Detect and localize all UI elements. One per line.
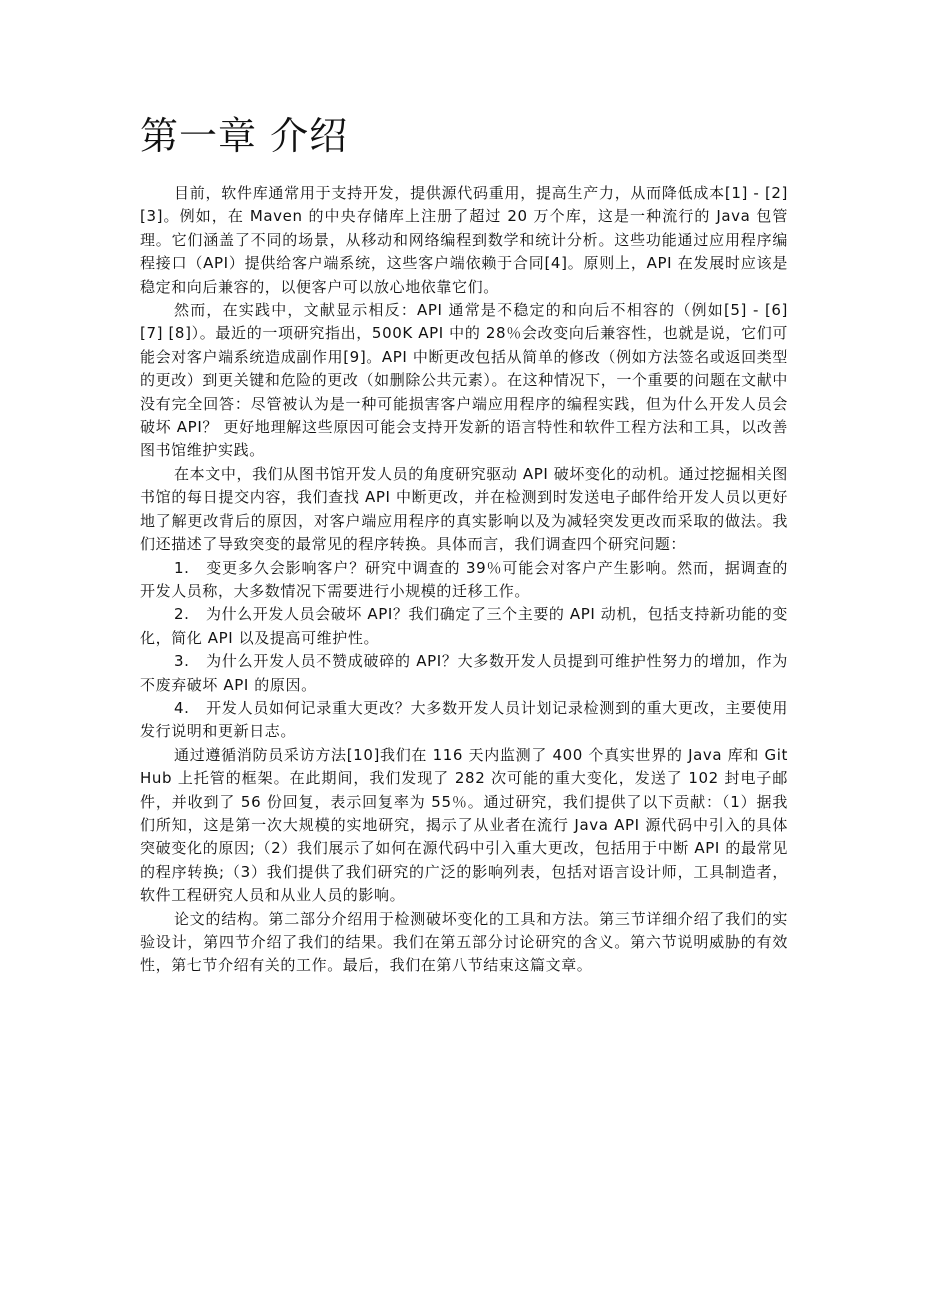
paragraph-structure: 论文的结构。第二部分介绍用于检测破坏变化的工具和方法。第三节详细介绍了我们的实验… xyxy=(140,908,788,978)
research-question-list: 1.变更多久会影响客户？研究中调查的 39％可能会对客户产生影响。然而，据调查的… xyxy=(140,557,788,744)
list-text: 变更多久会影响客户？研究中调查的 39％可能会对客户产生影响。然而，据调查的开发… xyxy=(140,559,788,600)
list-number: 1. xyxy=(174,557,206,580)
paragraph-contributions: 通过遵循消防员采访方法[10]我们在 116 天内监测了 400 个真实世界的 … xyxy=(140,744,788,908)
document-page: 第一章 介绍 目前，软件库通常用于支持开发，提供源代码重用，提高生产力，从而降低… xyxy=(140,112,788,978)
chapter-title: 第一章 介绍 xyxy=(140,112,788,160)
paragraph-problem: 然而，在实践中，文献显示相反：API 通常是不稳定的和向后不相容的（例如[5] … xyxy=(140,299,788,463)
paragraph-intro: 目前，软件库通常用于支持开发，提供源代码重用，提高生产力，从而降低成本[1] -… xyxy=(140,182,788,299)
research-question-item: 3.为什么开发人员不赞成破碎的 API？大多数开发人员提到可维护性努力的增加，作… xyxy=(140,650,788,697)
list-number: 2. xyxy=(174,603,206,626)
paragraph-approach: 在本文中，我们从图书馆开发人员的角度研究驱动 API 破坏变化的动机。通过挖掘相… xyxy=(140,463,788,557)
research-question-item: 2.为什么开发人员会破坏 API？我们确定了三个主要的 API 动机，包括支持新… xyxy=(140,603,788,650)
list-text: 为什么开发人员不赞成破碎的 API？大多数开发人员提到可维护性努力的增加，作为不… xyxy=(140,652,788,693)
research-question-item: 1.变更多久会影响客户？研究中调查的 39％可能会对客户产生影响。然而，据调查的… xyxy=(140,557,788,604)
list-number: 3. xyxy=(174,650,206,673)
list-text: 为什么开发人员会破坏 API？我们确定了三个主要的 API 动机，包括支持新功能… xyxy=(140,605,788,646)
research-question-item: 4.开发人员如何记录重大更改？大多数开发人员计划记录检测到的重大更改，主要使用发… xyxy=(140,697,788,744)
list-text: 开发人员如何记录重大更改？大多数开发人员计划记录检测到的重大更改，主要使用发行说… xyxy=(140,699,788,740)
list-number: 4. xyxy=(174,697,206,720)
